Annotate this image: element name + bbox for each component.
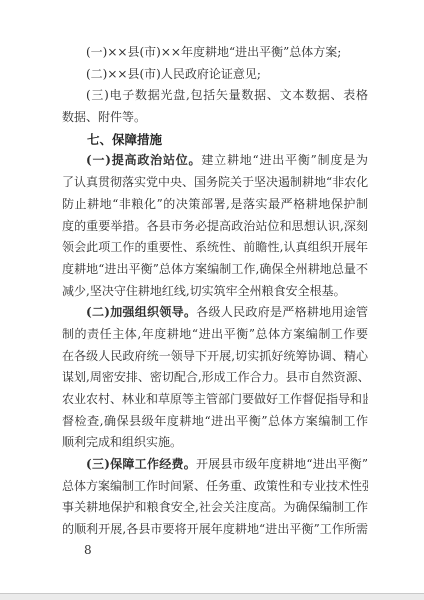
page-number: 8 [84, 543, 92, 557]
para-3-lead-rest: 开展县市级年度耕地“进出平衡” [196, 457, 368, 471]
para-2-line-6: 督检查,确保县级年度耕地“进出平衡”总体方案编制工作 [62, 411, 368, 433]
para-1-line-2: 了认真贯彻落实党中央、国务院关于坚决遏制耕地“非农化”、 [62, 172, 368, 194]
para-2-line-3: 在各级人民政府统一领导下开展,切实抓好统筹协调、精心 [62, 346, 368, 368]
para-1-line-4: 度的重要举措。各县市务必提高政治站位和思想认识,深刻 [62, 216, 368, 238]
para-1-line-1: (一)提高政治站位。建立耕地“进出平衡”制度是为 [62, 150, 368, 172]
para-1-line-6: 度耕地“进出平衡”总体方案编制工作,确保全州耕地总量不 [62, 259, 368, 281]
document-page: (一)××县(市)××年度耕地“进出平衡”总体方案; (二)××县(市)人民政府… [0, 0, 424, 600]
para-1-line-5: 领会此项工作的重要性、系统性、前瞻性,认真组织开展年 [62, 237, 368, 259]
para-2-line-7: 顺利完成和组织实施。 [62, 432, 368, 454]
para-3-line-1: (三)保障工作经费。开展县市级年度耕地“进出平衡” [62, 454, 368, 476]
attachment-item-1: (一)××县(市)××年度耕地“进出平衡”总体方案; [62, 42, 368, 64]
page-bottom-edge [0, 593, 424, 600]
para-1-lead: (一)提高政治站位。 [86, 153, 201, 167]
attachment-item-2: (二)××县(市)人民政府论证意见; [62, 64, 368, 86]
attachment-item-3: (三)电子数据光盘,包括矢量数据、文本数据、表格 [62, 85, 368, 107]
para-1-line-7: 减少,坚决守住耕地红线,切实筑牢全州粮食安全根基。 [62, 281, 368, 303]
para-3-line-2: 总体方案编制工作时间紧、任务重、政策性和专业技术性强, [62, 476, 368, 498]
para-3-lead: (三)保障工作经费。 [86, 457, 196, 471]
para-3-line-3: 事关耕地保护和粮食安全,社会关注度高。为确保编制工作 [62, 497, 368, 519]
section-heading: 七、保障措施 [62, 129, 368, 151]
para-1-line-3: 防止耕地“非粮化”的决策部署,是落实最严格耕地保护制 [62, 194, 368, 216]
para-2-lead-rest: 各级人民政府是严格耕地用途管 [196, 305, 368, 319]
para-2-line-1: (二)加强组织领导。各级人民政府是严格耕地用途管 [62, 302, 368, 324]
para-2-lead: (二)加强组织领导。 [86, 305, 196, 319]
para-1-lead-rest: 建立耕地“进出平衡”制度是为 [201, 153, 368, 167]
document-text-block: (一)××县(市)××年度耕地“进出平衡”总体方案; (二)××县(市)人民政府… [62, 42, 368, 541]
para-2-line-5: 农业农村、林业和草原等主管部门要做好工作督促指导和监 [62, 389, 368, 411]
para-2-line-4: 谋划,周密安排、密切配合,形成工作合力。县市自然资源、 [62, 367, 368, 389]
attachment-item-3-cont: 数据、附件等。 [62, 107, 368, 129]
para-3-line-4: 的顺利开展,各县市要将开展年度耕地“进出平衡”工作所需 [62, 519, 368, 541]
para-2-line-2: 制的责任主体,年度耕地“进出平衡”总体方案编制工作要 [62, 324, 368, 346]
